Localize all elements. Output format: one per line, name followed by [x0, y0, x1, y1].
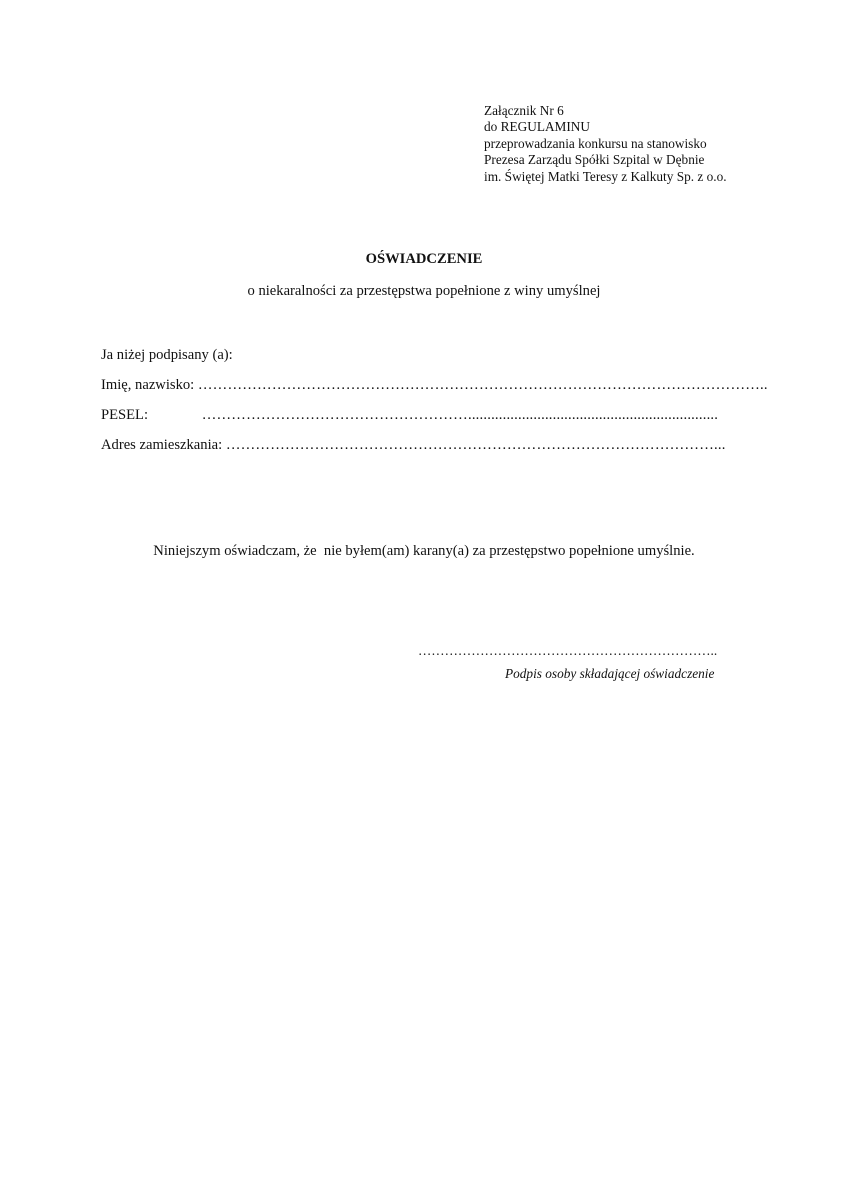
annex-line: przeprowadzania konkursu na stanowisko [484, 136, 727, 152]
document-title: OŚWIADCZENIE [0, 251, 848, 268]
address-field: Adres zamieszkania: ……………………………………………………… [101, 437, 736, 454]
address-fill-line: ………………………………………………………………………………………... [226, 437, 736, 454]
name-fill-line: …………………………………………………………………………………………………….. [198, 377, 836, 394]
intro-text: Ja niżej podpisany (a): [101, 347, 233, 364]
name-field: Imię, nazwisko: ………………………………………………………………… [101, 377, 836, 394]
pesel-label: PESEL: [101, 407, 148, 423]
pesel-fill-line: ………………………………………………......................… [202, 407, 732, 424]
signature-label: Podpis osoby składającej oświadczenie [505, 666, 714, 682]
document-subtitle: o niekaralności za przestępstwa popełnio… [0, 283, 848, 300]
pesel-field: PESEL: ………………………………………………...............… [101, 407, 732, 424]
statement-text: Niniejszym oświadczam, że nie byłem(am) … [0, 543, 848, 560]
annex-line: do REGULAMINU [484, 119, 727, 135]
annex-line: im. Świętej Matki Teresy z Kalkuty Sp. z… [484, 169, 727, 185]
annex-header: Załącznik Nr 6 do REGULAMINU przeprowadz… [484, 103, 727, 185]
annex-line: Załącznik Nr 6 [484, 103, 727, 119]
signature-line: ………………………………………………………….. [418, 643, 740, 659]
name-label: Imię, nazwisko: [101, 377, 194, 393]
annex-line: Prezesa Zarządu Spółki Szpital w Dębnie [484, 152, 727, 168]
address-label: Adres zamieszkania: [101, 437, 222, 453]
